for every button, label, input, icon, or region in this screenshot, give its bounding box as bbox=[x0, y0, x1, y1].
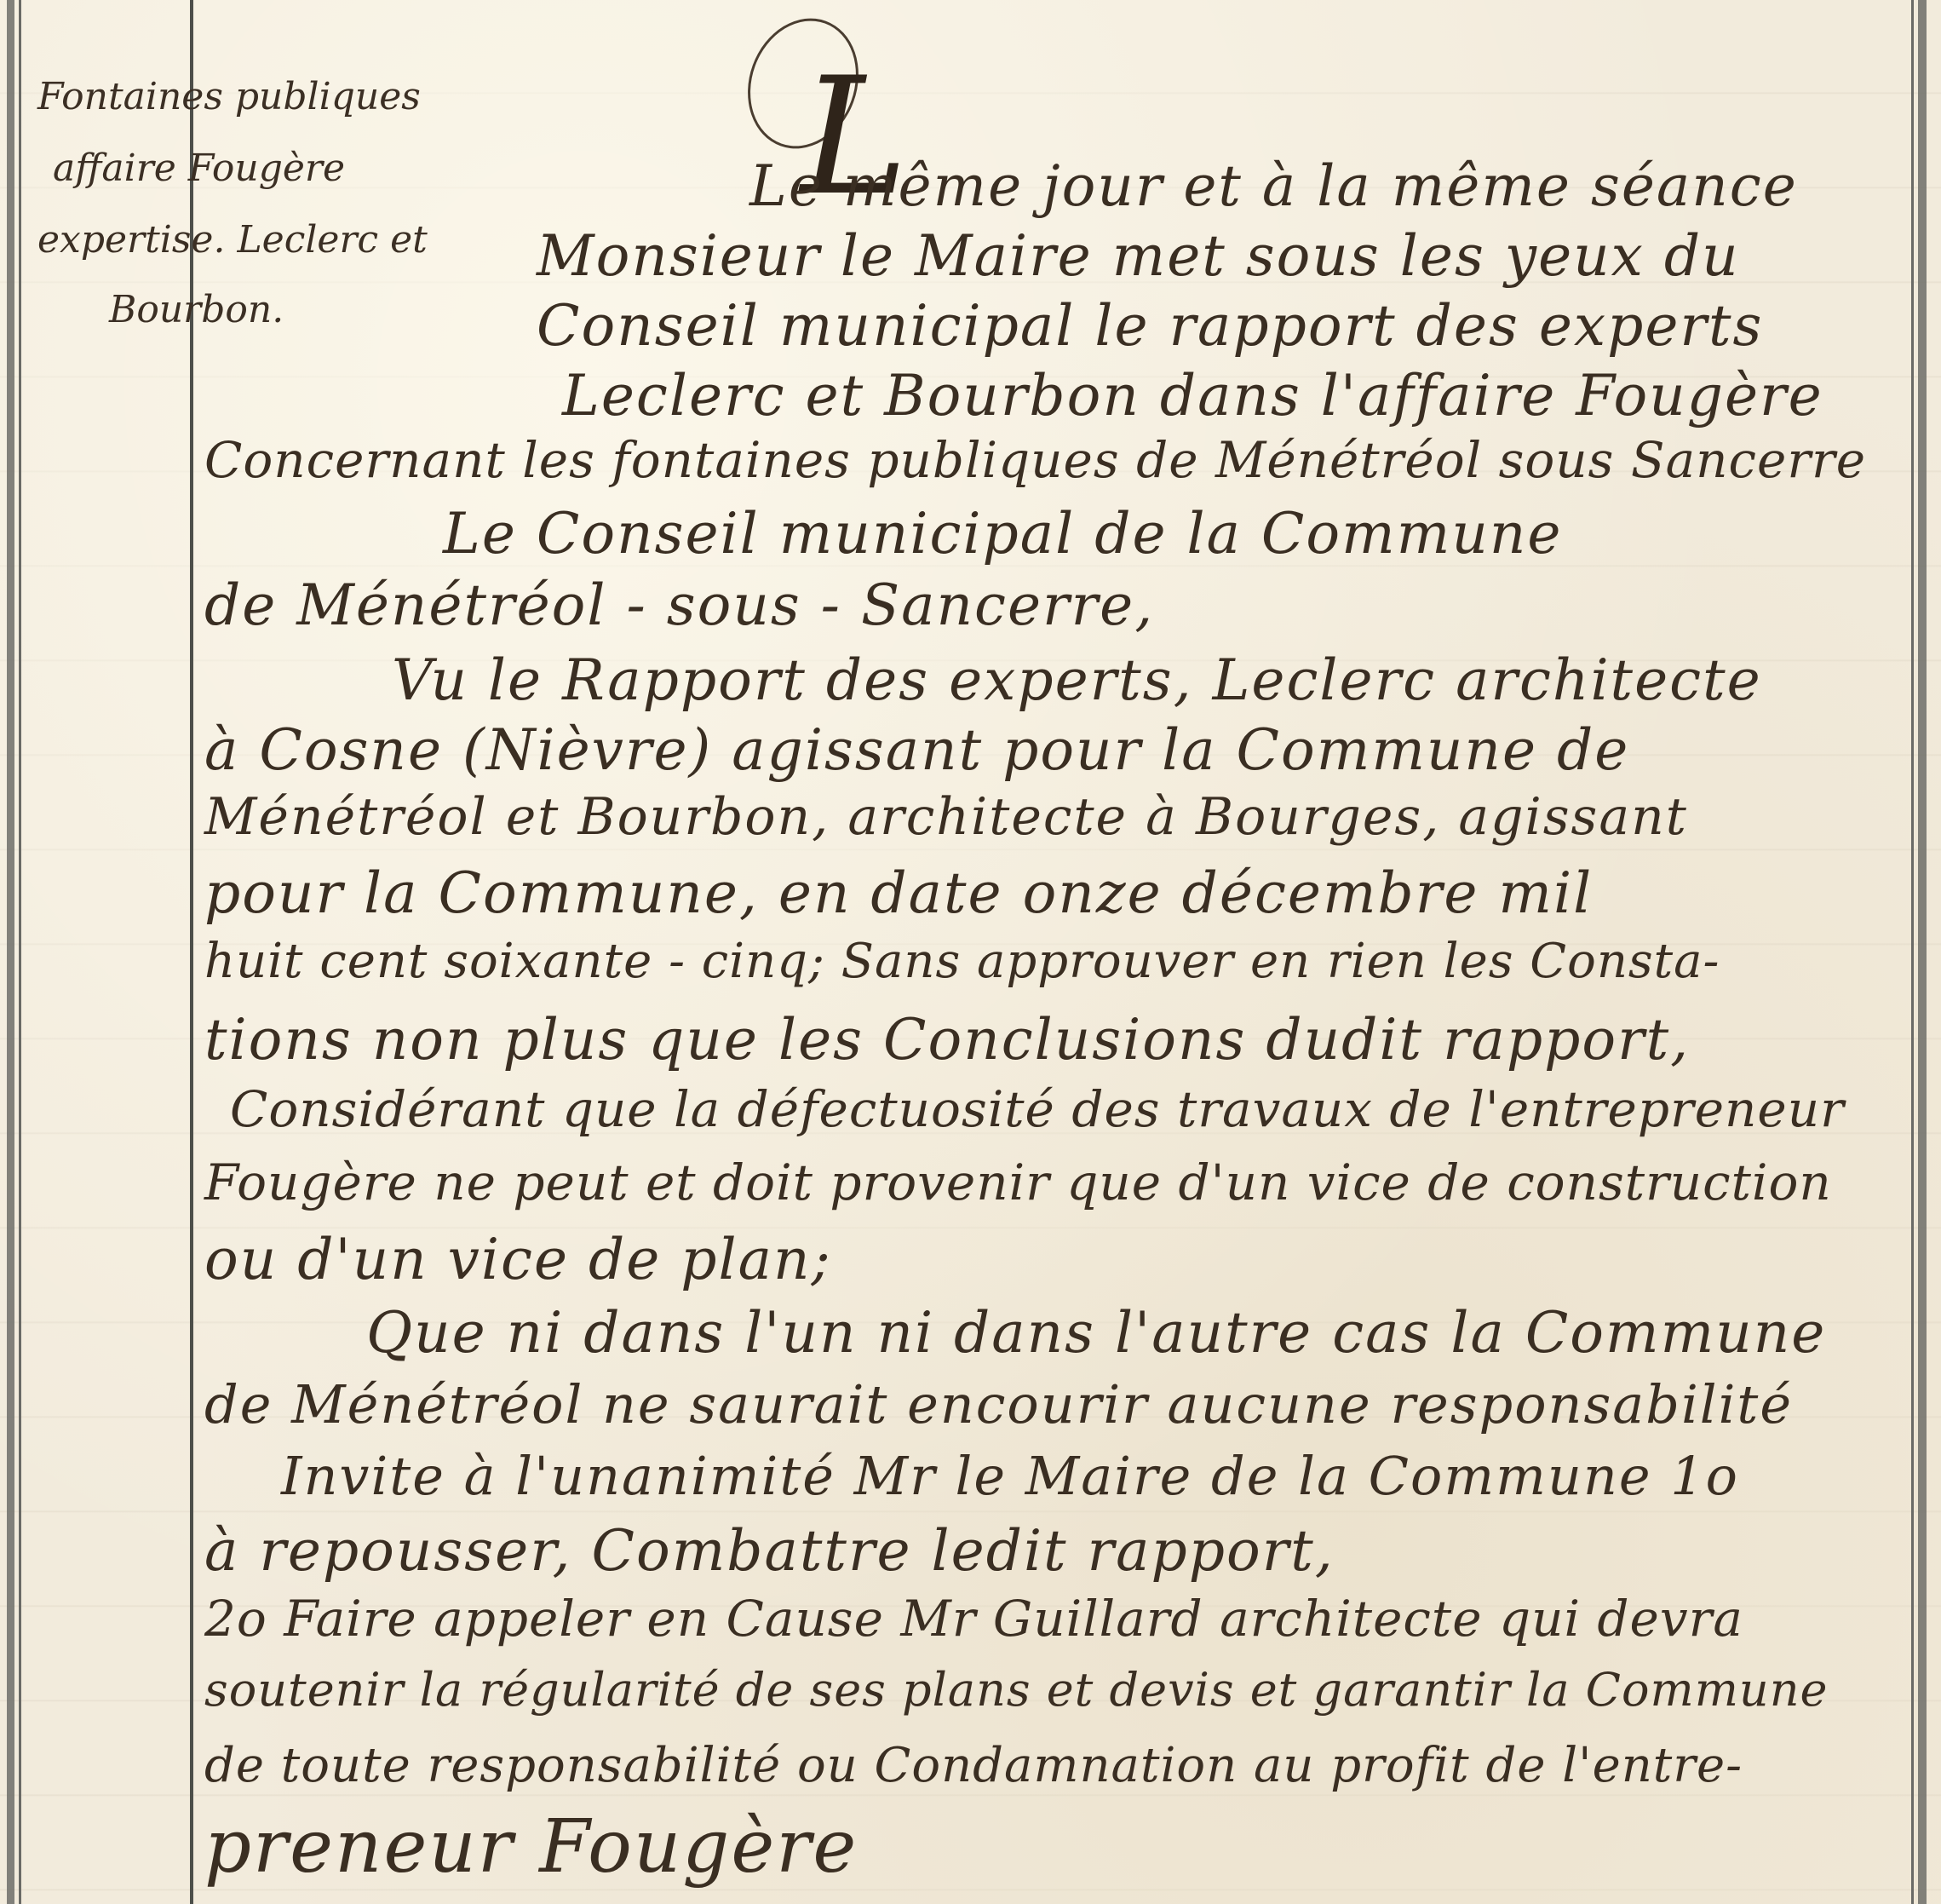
body-line: Monsieur le Maire met sous les yeux du bbox=[537, 223, 1740, 289]
body-line: Le même jour et à la même séance bbox=[749, 153, 1798, 219]
margin-note-line: Bourbon. bbox=[109, 288, 284, 331]
body-line: Que ni dans l'un ni dans l'autre cas la … bbox=[366, 1300, 1826, 1366]
body-line: à repousser, Combattre ledit rapport, bbox=[204, 1518, 1335, 1584]
right-border-rule-outer bbox=[1918, 0, 1927, 1904]
body-line: Vu le Rapport des experts, Leclerc archi… bbox=[392, 647, 1762, 713]
body-line: de toute responsabilité ou Condamnation … bbox=[204, 1738, 1743, 1793]
body-line: Le Conseil municipal de la Commune bbox=[443, 501, 1562, 567]
margin-note-line: affaire Fougère bbox=[53, 147, 345, 190]
body-line: de Ménétréol - sous - Sancerre, bbox=[204, 572, 1154, 638]
body-line: de Ménétréol ne saurait encourir aucune … bbox=[204, 1373, 1793, 1435]
left-border-rule-inner bbox=[19, 0, 21, 1904]
manuscript-page: Fontaines publiques affaire Fougère expe… bbox=[0, 0, 1941, 1904]
margin-note-line: expertise. Leclerc et bbox=[37, 218, 428, 262]
body-line: Fougère ne peut et doit provenir que d'u… bbox=[204, 1153, 1832, 1211]
body-line: soutenir la régularité de ses plans et d… bbox=[204, 1663, 1828, 1717]
body-line: Leclerc et Bourbon dans l'affaire Fougèr… bbox=[562, 363, 1823, 429]
body-line: Concernant les fontaines publiques de Mé… bbox=[204, 431, 1866, 489]
body-line-final: preneur Fougère bbox=[204, 1804, 858, 1890]
body-line: pour la Commune, en date onze décembre m… bbox=[204, 860, 1593, 926]
body-line: à Cosne (Nièvre) agissant pour la Commun… bbox=[204, 717, 1629, 783]
body-line: 2o Faire appeler en Cause Mr Guillard ar… bbox=[204, 1590, 1743, 1648]
body-line: Considérant que la défectuosité des trav… bbox=[230, 1080, 1845, 1138]
body-line: huit cent soixante - cinq; Sans approuve… bbox=[204, 934, 1720, 989]
body-line: Conseil municipal le rapport des experts bbox=[537, 293, 1763, 359]
body-line: Ménétréol et Bourbon, architecte à Bourg… bbox=[204, 787, 1688, 847]
body-line: Invite à l'unanimité Mr le Maire de la C… bbox=[281, 1445, 1739, 1507]
left-border-rule-outer bbox=[7, 0, 14, 1904]
margin-rule bbox=[190, 0, 193, 1904]
body-line: tions non plus que les Conclusions dudit… bbox=[204, 1007, 1690, 1073]
margin-note-line: Fontaines publiques bbox=[37, 75, 421, 118]
body-line: ou d'un vice de plan; bbox=[204, 1227, 832, 1292]
right-border-rule-inner bbox=[1911, 0, 1914, 1904]
